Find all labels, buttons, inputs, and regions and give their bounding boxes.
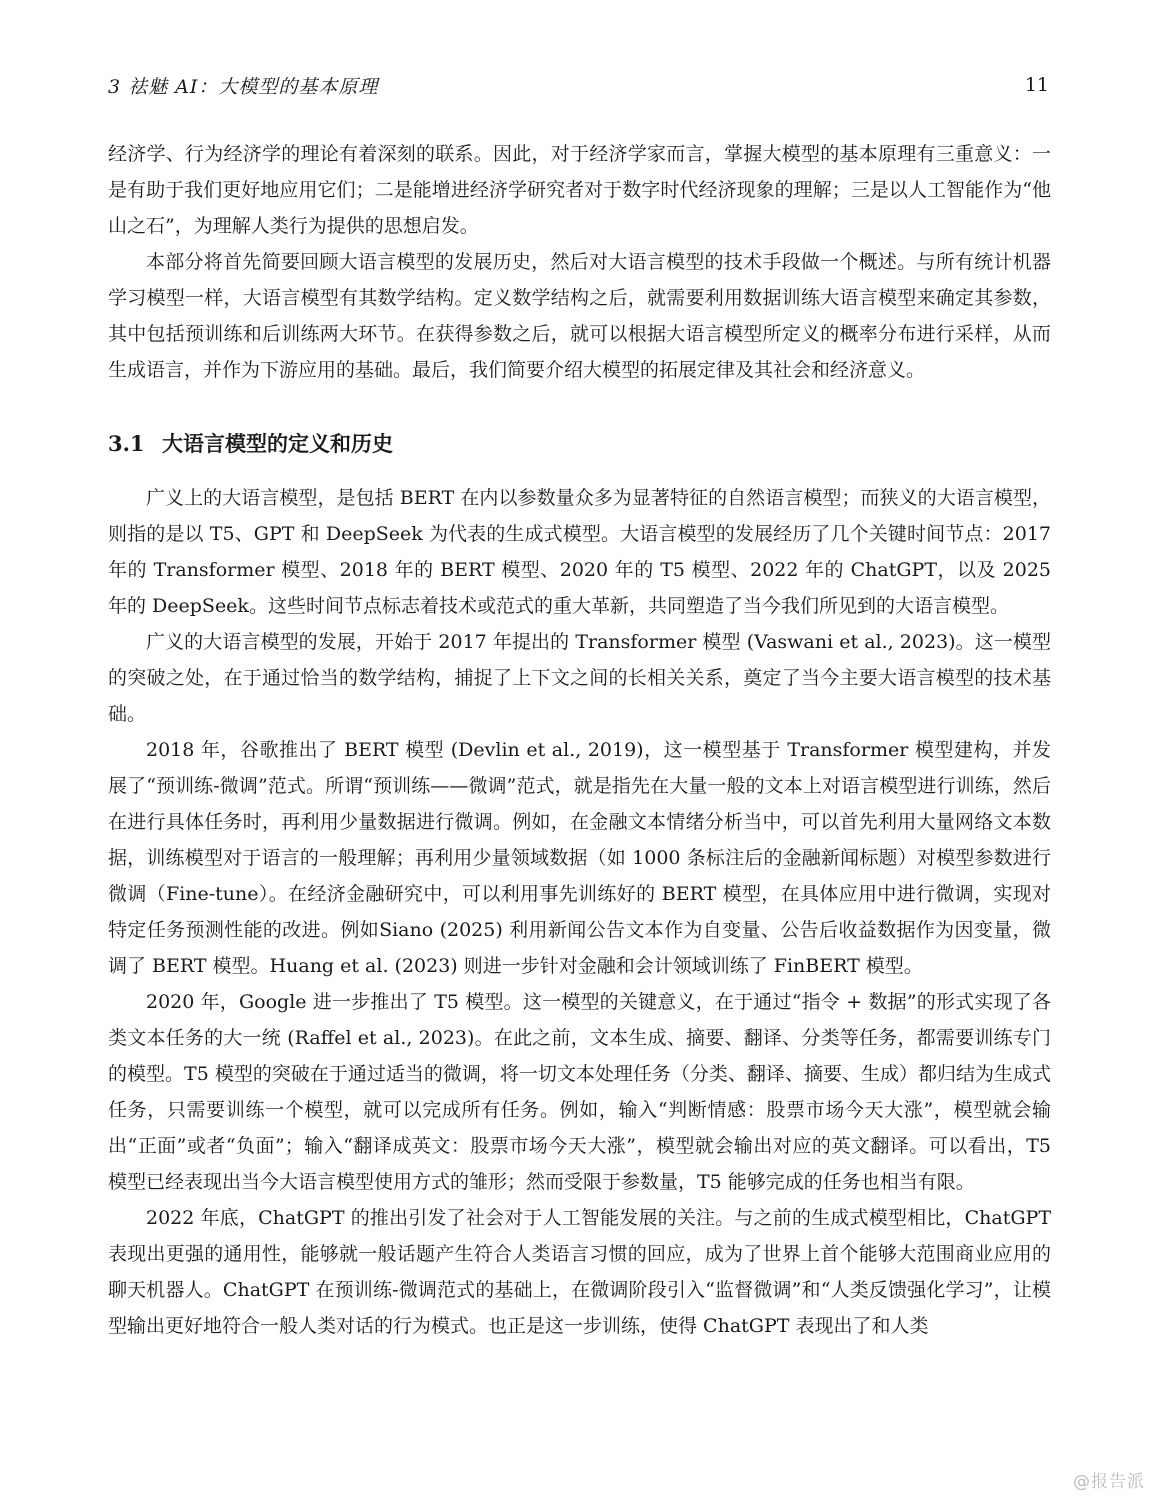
- paragraph: 2022 年底，ChatGPT 的推出引发了社会对于人工智能发展的关注。与之前的…: [108, 1200, 1051, 1344]
- paragraph: 2020 年，Google 进一步推出了 T5 模型。这一模型的关键意义，在于通…: [108, 984, 1051, 1200]
- page-number: 11: [1025, 74, 1049, 96]
- running-header: 3 祛魅 AI：大模型的基本原理 11: [108, 70, 1049, 100]
- paragraph: 广义的大语言模型的发展，开始于 2017 年提出的 Transformer 模型…: [108, 624, 1051, 732]
- running-title: 3 祛魅 AI：大模型的基本原理: [108, 72, 378, 99]
- watermark: @报告派: [1073, 1467, 1145, 1492]
- section-number: 3.1: [108, 430, 162, 458]
- section-title: 大语言模型的定义和历史: [162, 430, 393, 458]
- page-body: 经济学、行为经济学的理论有着深刻的联系。因此，对于经济学家而言，掌握大模型的基本…: [108, 136, 1051, 1344]
- paragraph: 2018 年，谷歌推出了 BERT 模型 (Devlin et al., 201…: [108, 732, 1051, 984]
- paragraph: 广义上的大语言模型，是包括 BERT 在内以参数量众多为显著特征的自然语言模型；…: [108, 480, 1051, 624]
- paragraph: 经济学、行为经济学的理论有着深刻的联系。因此，对于经济学家而言，掌握大模型的基本…: [108, 136, 1051, 244]
- paragraph: 本部分将首先简要回顾大语言模型的发展历史，然后对大语言模型的技术手段做一个概述。…: [108, 244, 1051, 388]
- section-heading: 3.1 大语言模型的定义和历史: [108, 430, 1051, 458]
